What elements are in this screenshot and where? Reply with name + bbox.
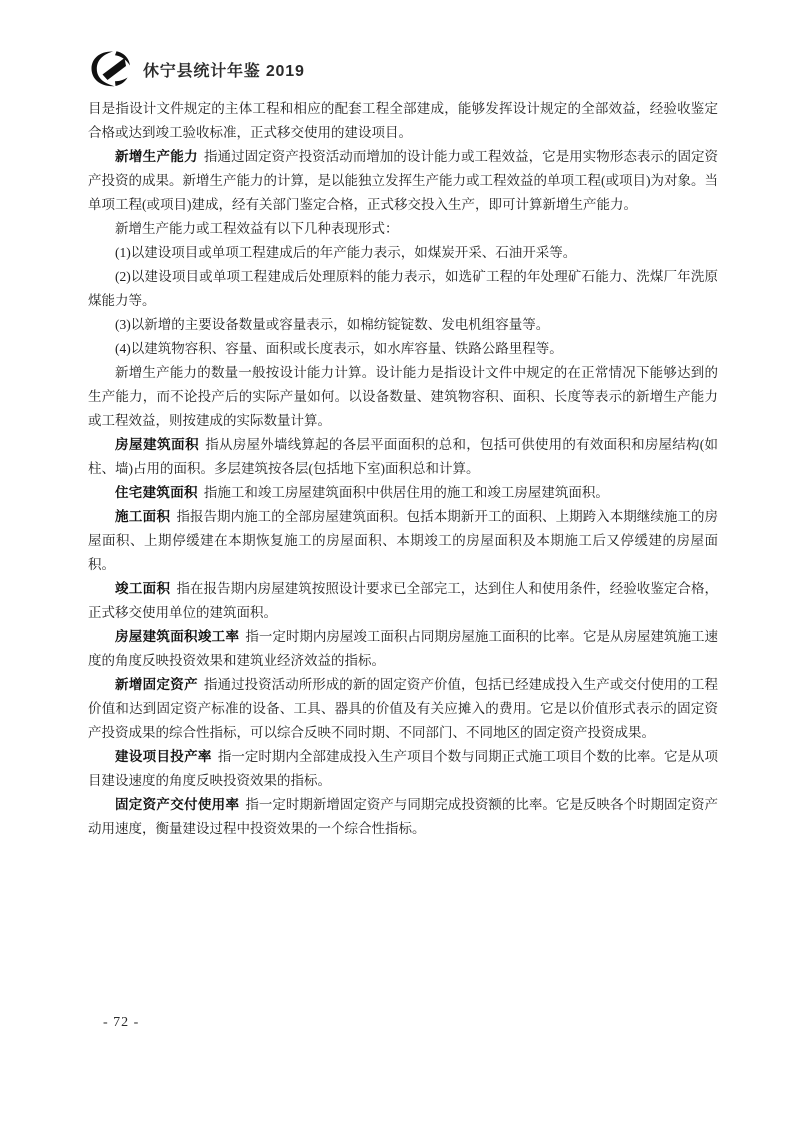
paragraph: (2)以建设项目或单项工程建成后处理原料的能力表示，如选矿工程的年处理矿石能力、… xyxy=(88,265,718,313)
term-label: 新增生产能力 xyxy=(115,149,198,164)
page-number: - 72 - xyxy=(103,1015,139,1031)
paragraph: 施工面积指报告期内施工的全部房屋建筑面积。包括本期新开工的面积、上期跨入本期继续… xyxy=(88,505,718,577)
yearbook-page: 休宁县统计年鉴 2019 目是指设计文件规定的主体工程和相应的配套工程全部建成，… xyxy=(0,0,793,1122)
paragraph: 新增生产能力的数量一般按设计能力计算。设计能力是指设计文件中规定的在正常情况下能… xyxy=(88,361,718,433)
page-header-title: 休宁县统计年鉴 2019 xyxy=(143,58,305,81)
term-label: 房屋建筑面积 xyxy=(115,437,199,452)
paragraph: 新增生产能力指通过固定资产投资活动而增加的设计能力或工程效益，它是用实物形态表示… xyxy=(88,145,718,217)
paragraph: 房屋建筑面积竣工率指一定时期内房屋竣工面积占同期房屋施工面积的比率。它是从房屋建… xyxy=(88,625,718,673)
paragraph: 固定资产交付使用率指一定时期新增固定资产与同期完成投资额的比率。它是反映各个时期… xyxy=(88,793,718,841)
paragraph: (1)以建设项目或单项工程建成后的年产能力表示，如煤炭开采、石油开采等。 xyxy=(88,241,718,265)
page-header: 休宁县统计年鉴 2019 xyxy=(90,50,305,88)
term-label: 新增固定资产 xyxy=(115,677,198,692)
paragraph: 竣工面积指在报告期内房屋建筑按照设计要求已全部完工，达到住人和使用条件，经验收鉴… xyxy=(88,577,718,625)
paragraph: (4)以建筑物容积、容量、面积或长度表示，如水库容量、铁路公路里程等。 xyxy=(88,337,718,361)
paragraph: 目是指设计文件规定的主体工程和相应的配套工程全部建成，能够发挥设计规定的全部效益… xyxy=(88,97,718,145)
paragraph: 新增固定资产指通过投资活动所形成的新的固定资产价值，包括已经建成投入生产或交付使… xyxy=(88,673,718,745)
paragraph: 建设项目投产率指一定时期内全部建成投入生产项目个数与同期正式施工项目个数的比率。… xyxy=(88,745,718,793)
term-label: 固定资产交付使用率 xyxy=(115,797,239,812)
term-label: 竣工面积 xyxy=(115,581,170,596)
term-label: 住宅建筑面积 xyxy=(115,485,198,500)
paragraph: 新增生产能力或工程效益有以下几种表现形式： xyxy=(88,217,718,241)
paragraph: 房屋建筑面积指从房屋外墙线算起的各层平面面积的总和，包括可供使用的有效面积和房屋… xyxy=(88,433,718,481)
paragraph: (3)以新增的主要设备数量或容量表示，如棉纺锭锭数、发电机组容量等。 xyxy=(88,313,718,337)
term-label: 房屋建筑面积竣工率 xyxy=(115,629,239,644)
statistics-yearbook-logo-icon xyxy=(90,50,131,88)
term-label: 施工面积 xyxy=(115,509,170,524)
term-label: 建设项目投产率 xyxy=(115,749,212,764)
definitions-section: 目是指设计文件规定的主体工程和相应的配套工程全部建成，能够发挥设计规定的全部效益… xyxy=(88,97,718,841)
paragraph: 住宅建筑面积指施工和竣工房屋建筑面积中供居住用的施工和竣工房屋建筑面积。 xyxy=(88,481,718,505)
